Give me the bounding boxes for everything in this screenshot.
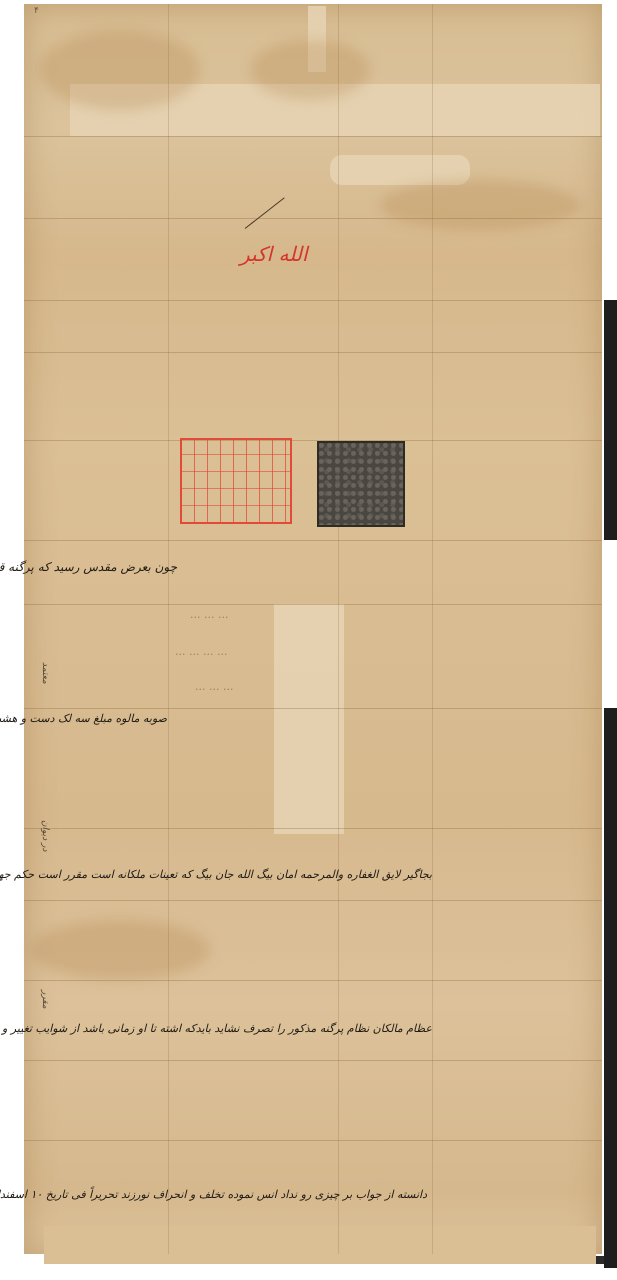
fold-line (24, 708, 602, 709)
margin-note-3: معتمد (40, 662, 50, 684)
page-marker: ۴ (34, 6, 39, 16)
fold-line (24, 604, 602, 605)
fold-line (24, 1140, 602, 1141)
stain (40, 30, 200, 110)
text-line-4: عظام مالکان نظام پرگنه مذکور را تصرف نشا… (0, 1022, 432, 1035)
text-line-2: صوبه مالوه مبلغ سه لک دست و هشت هزار (0, 712, 167, 725)
red-seal: tughra / red seal (180, 438, 292, 524)
fold-line (24, 300, 602, 301)
fold-line (24, 540, 602, 541)
fold-line (24, 980, 602, 981)
repair-patch-vertical (274, 604, 344, 834)
margin-note-2: در دیوان (40, 820, 50, 852)
fold-line (24, 440, 602, 441)
scan-edge-right-upper (604, 300, 617, 540)
text-line-3: بجاگیر لایق الغفاره والمرحمه امان بیگ ال… (0, 868, 432, 881)
fold-line (24, 1060, 602, 1061)
fold-line (24, 828, 602, 829)
scan-edge-right-lower (604, 708, 617, 1268)
fold-line (24, 352, 602, 353)
text-line-1: چون بعرض مقدس رسید که پرگنه قیام ور سرکا… (0, 560, 177, 574)
manuscript-paper-bottom-strip (44, 1226, 596, 1264)
fold-line (24, 900, 602, 901)
text-line-5: دانسته از جواب بر چیزی رو نداد انس نموده… (0, 1188, 427, 1201)
vertical-fold (338, 4, 339, 1254)
faded-line-2: ... ... ... ... (175, 645, 227, 658)
faded-line-1: ... ... ... (190, 608, 228, 621)
vertical-fold (168, 4, 169, 1254)
margin-note-1: مقرر (40, 990, 50, 1009)
vertical-fold (432, 4, 433, 1254)
stain (250, 40, 370, 100)
faded-line-3: ... ... ... (195, 680, 233, 693)
fold-line (24, 218, 602, 219)
invocation-heading: الله اکبر (240, 242, 308, 266)
black-seal: black ink seal impression (317, 441, 405, 527)
fold-line (24, 136, 602, 137)
stain (30, 920, 210, 980)
stain (380, 180, 580, 230)
